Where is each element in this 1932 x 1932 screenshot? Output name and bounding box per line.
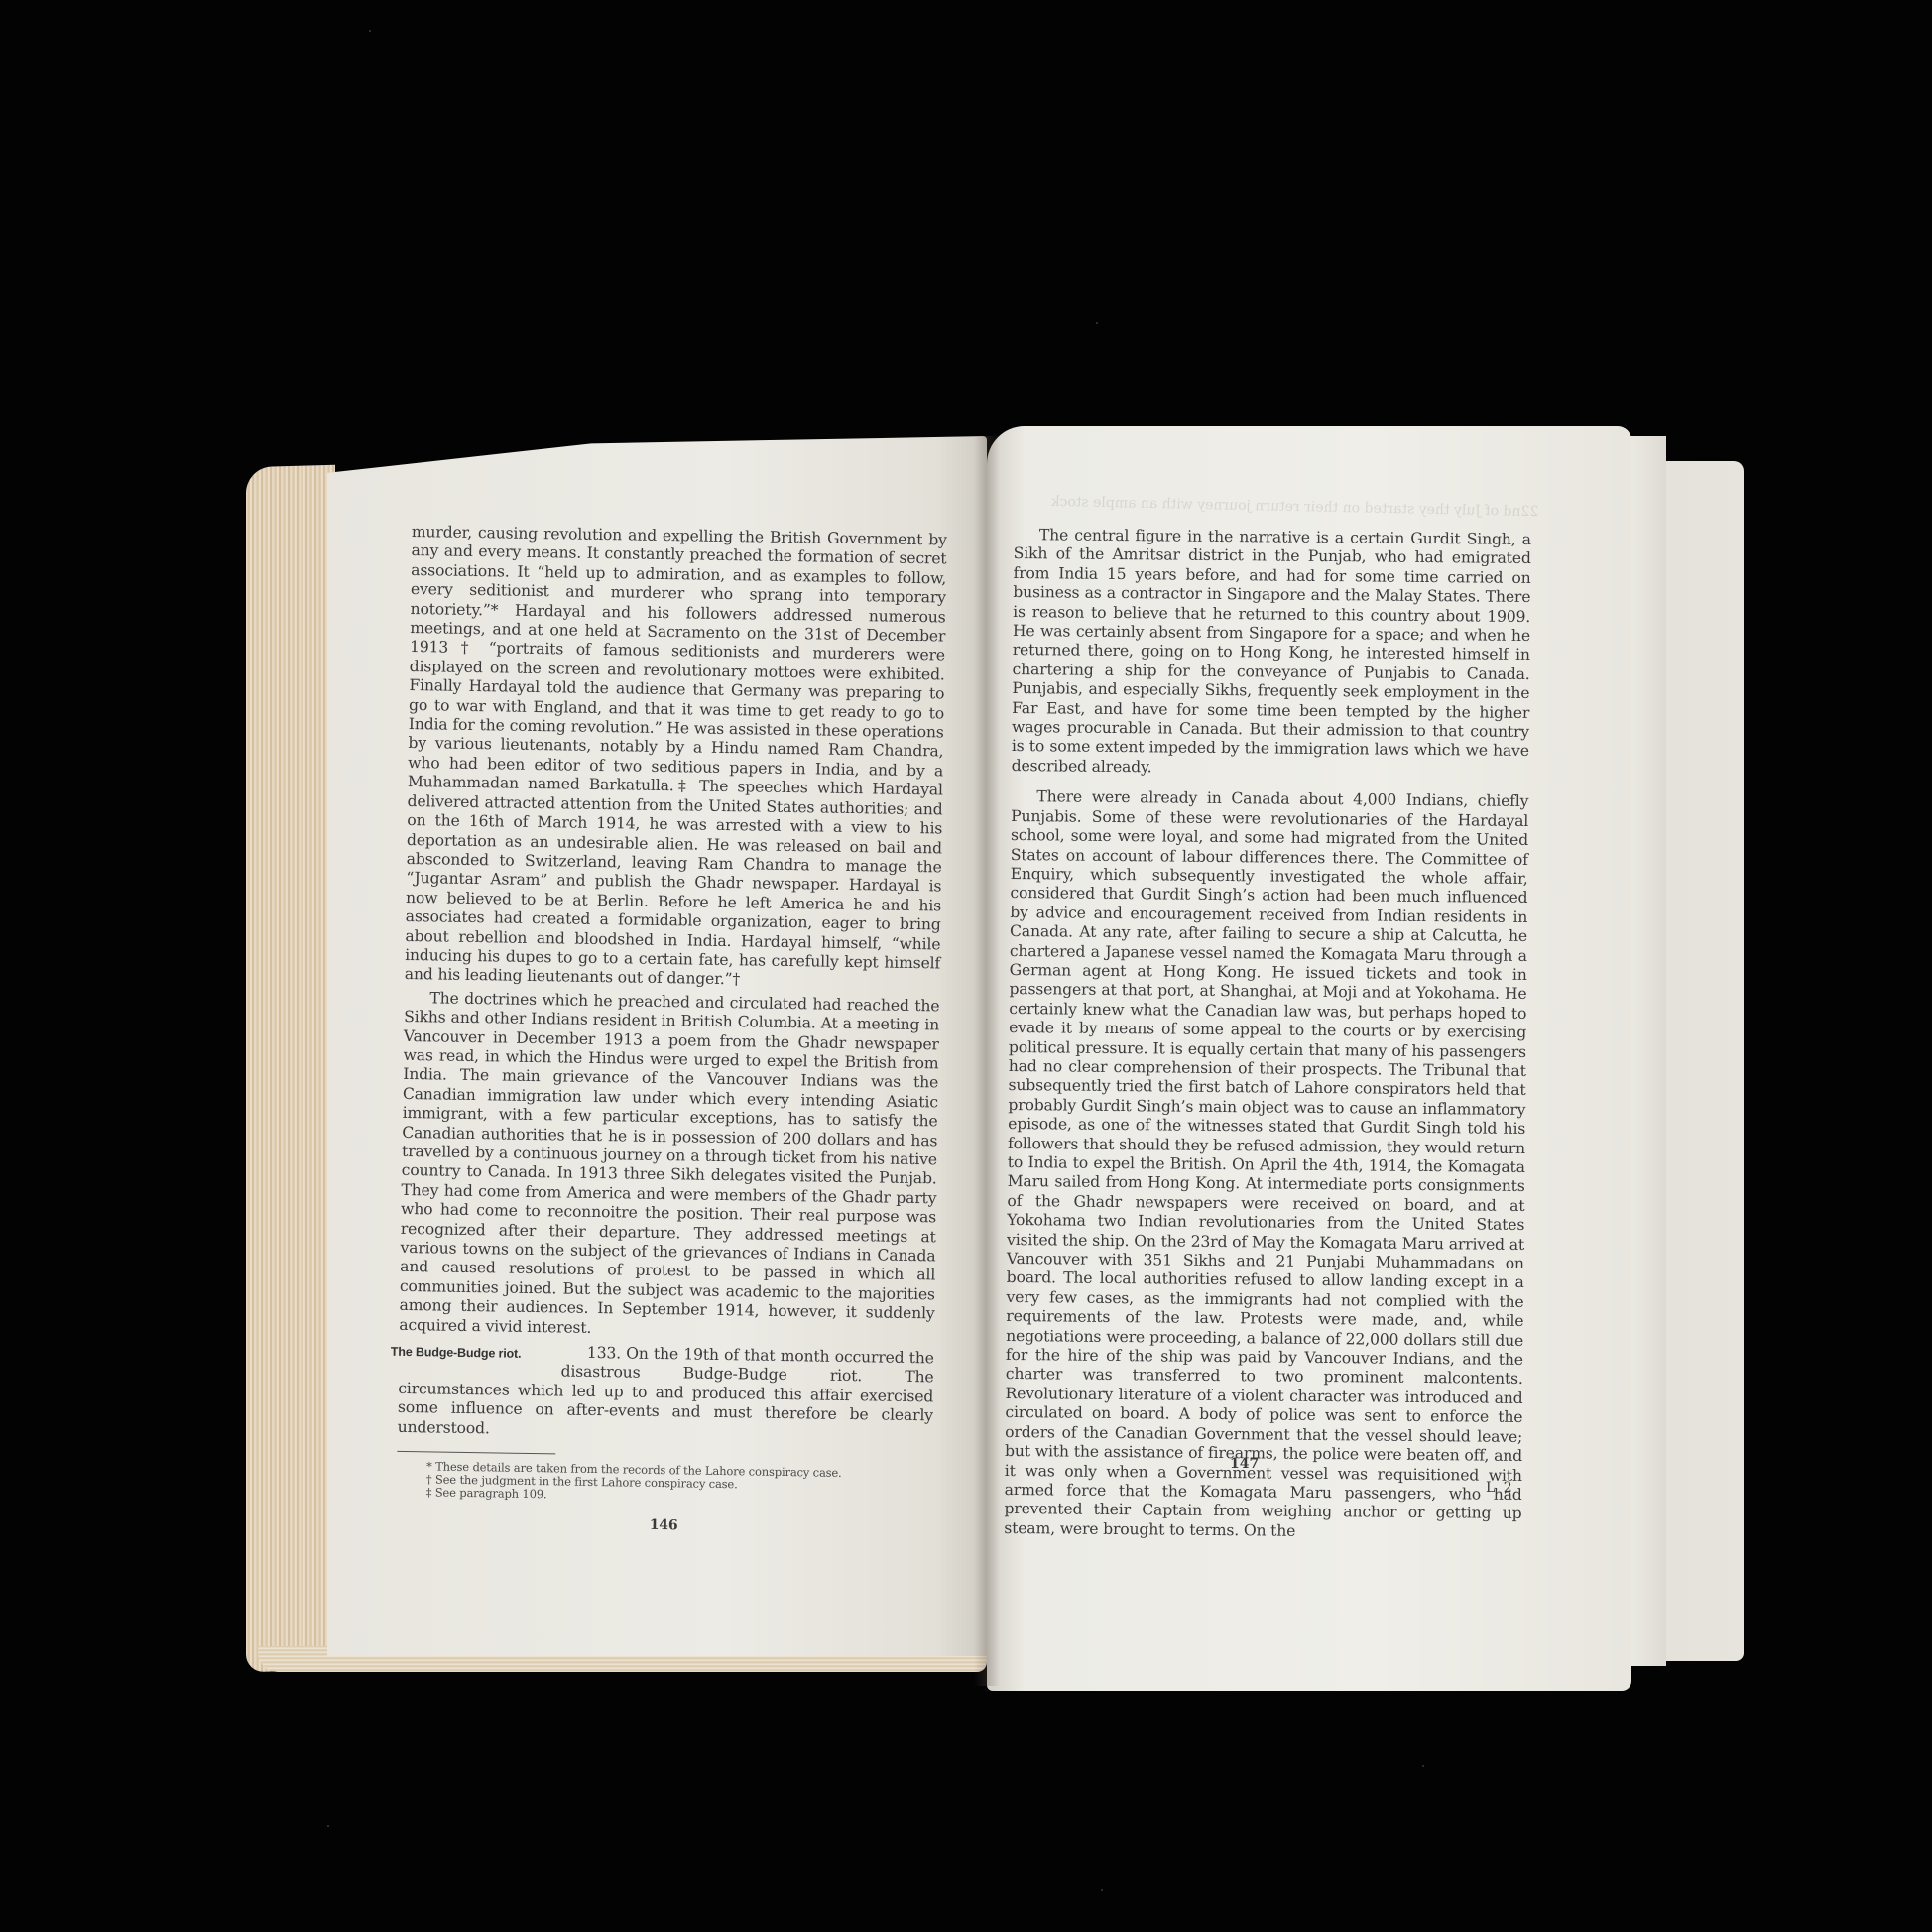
footnotes: * These details are taken from the recor… bbox=[426, 1460, 933, 1507]
page-edges-left bbox=[246, 465, 335, 1673]
background-speck bbox=[1101, 1889, 1103, 1891]
paragraph: The central figure in the narrative is a… bbox=[1012, 526, 1531, 781]
margin-note: The Budge-Budge riot. bbox=[391, 1343, 551, 1365]
footnote-rule bbox=[397, 1451, 555, 1455]
book-gutter bbox=[974, 436, 1000, 1686]
paragraph: There were already in Canada about 4,000… bbox=[1004, 787, 1528, 1543]
background-speck bbox=[369, 30, 371, 32]
background-speck bbox=[327, 1825, 329, 1827]
paragraph: murder, causing revolution and expelling… bbox=[405, 523, 947, 993]
page-edge-right bbox=[1627, 436, 1666, 1666]
left-page-text: murder, causing revolution and expelling… bbox=[396, 523, 947, 1540]
background-speck bbox=[1096, 322, 1098, 324]
open-book: 22nd of July they started on their retur… bbox=[0, 0, 1932, 1932]
paragraph-133: The Budge-Budge riot. 133. On the 19th o… bbox=[398, 1341, 934, 1446]
paragraph: The doctrines which he preached and circ… bbox=[399, 989, 939, 1344]
page-number-right: 147 bbox=[1230, 1456, 1259, 1472]
right-page-text: The central figure in the narrative is a… bbox=[1004, 526, 1531, 1543]
background-speck bbox=[1422, 1765, 1424, 1767]
signature-mark: L 2 bbox=[1486, 1480, 1514, 1496]
